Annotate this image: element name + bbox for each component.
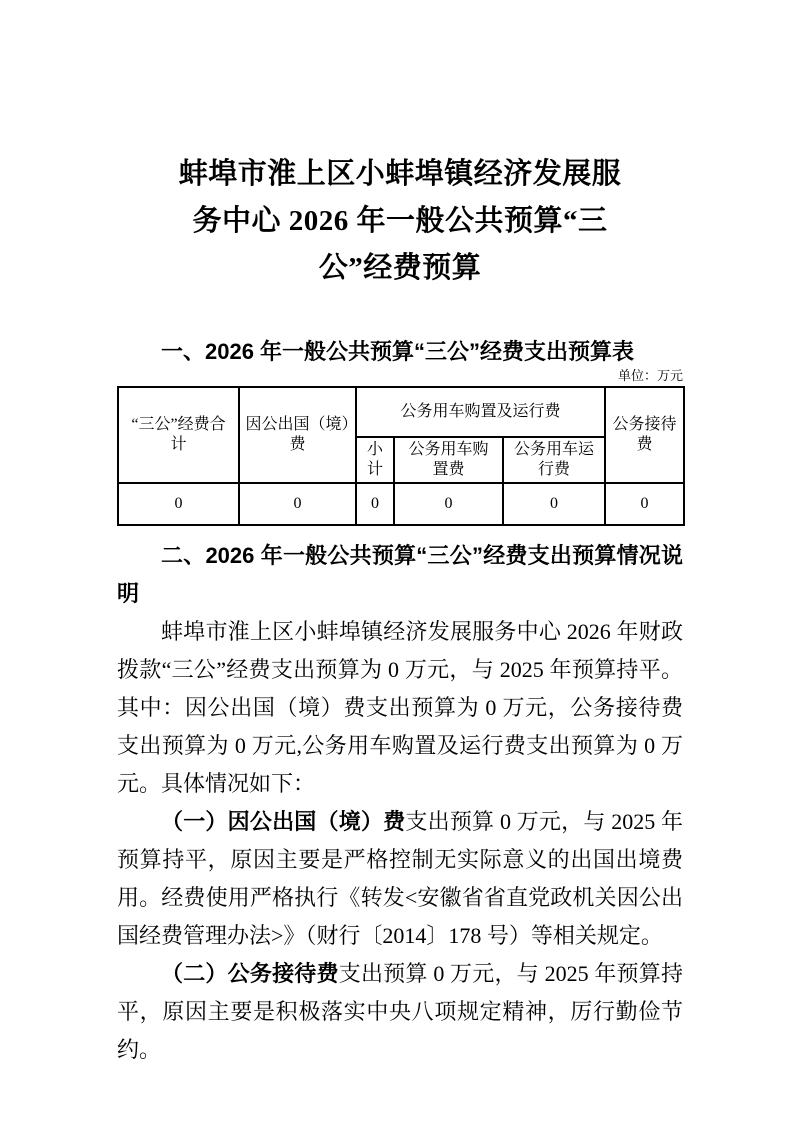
paragraph-reception: （二）公务接待费支出预算 0 万元，与 2025 年预算持平，原因主要是积极落实… bbox=[117, 955, 683, 1069]
paragraph-overview-text: 蚌埠市淮上区小蚌埠镇经济发展服务中心 2026 年财政拨款“三公”经费支出预算为… bbox=[117, 619, 683, 796]
cell-reception-value: 0 bbox=[605, 483, 684, 525]
cell-total-value: 0 bbox=[118, 483, 239, 525]
header-vehicle-subtotal: 小计 bbox=[356, 437, 394, 483]
document-title-line: 公”经费预算 bbox=[117, 245, 683, 292]
unit-label: 单位：万元 bbox=[117, 368, 683, 384]
header-total: “三公”经费合计 bbox=[118, 387, 239, 483]
document-title-line: 务中心 2026 年一般公共预算“三 bbox=[117, 198, 683, 245]
cell-abroad-value: 0 bbox=[239, 483, 356, 525]
header-vehicle-operation: 公务用车运行费 bbox=[503, 437, 605, 483]
header-abroad: 因公出国（境）费 bbox=[239, 387, 356, 483]
paragraph-reception-lead: （二）公务接待费 bbox=[161, 961, 339, 986]
section-2-heading: 二、2026 年一般公共预算“三公”经费支出预算情况说明 bbox=[117, 537, 683, 613]
paragraph-abroad: （一）因公出国（境）费支出预算 0 万元，与 2025 年预算持平，原因主要是严… bbox=[117, 803, 683, 955]
paragraph-overview: 蚌埠市淮上区小蚌埠镇经济发展服务中心 2026 年财政拨款“三公”经费支出预算为… bbox=[117, 613, 683, 803]
table-header-row-1: “三公”经费合计 因公出国（境）费 公务用车购置及运行费 公务接待费 bbox=[118, 387, 684, 437]
section-1-heading: 一、2026 年一般公共预算“三公”经费支出预算表 bbox=[117, 337, 683, 367]
header-reception: 公务接待费 bbox=[605, 387, 684, 483]
document-title: 蚌埠市淮上区小蚌埠镇经济发展服 务中心 2026 年一般公共预算“三 公”经费预… bbox=[117, 151, 683, 292]
cell-vehicle-operation-value: 0 bbox=[503, 483, 605, 525]
cell-vehicle-purchase-value: 0 bbox=[394, 483, 503, 525]
header-vehicle-purchase: 公务用车购置费 bbox=[394, 437, 503, 483]
three-public-budget-table: “三公”经费合计 因公出国（境）费 公务用车购置及运行费 公务接待费 小计 公务… bbox=[117, 386, 685, 526]
table-data-row: 0 0 0 0 0 0 bbox=[118, 483, 684, 525]
paragraph-abroad-lead: （一）因公出国（境）费 bbox=[161, 809, 405, 834]
document-title-line: 蚌埠市淮上区小蚌埠镇经济发展服 bbox=[117, 151, 683, 198]
document-page: 蚌埠市淮上区小蚌埠镇经济发展服 务中心 2026 年一般公共预算“三 公”经费预… bbox=[0, 0, 793, 1122]
cell-vehicle-subtotal-value: 0 bbox=[356, 483, 394, 525]
header-vehicle-group: 公务用车购置及运行费 bbox=[356, 387, 605, 437]
